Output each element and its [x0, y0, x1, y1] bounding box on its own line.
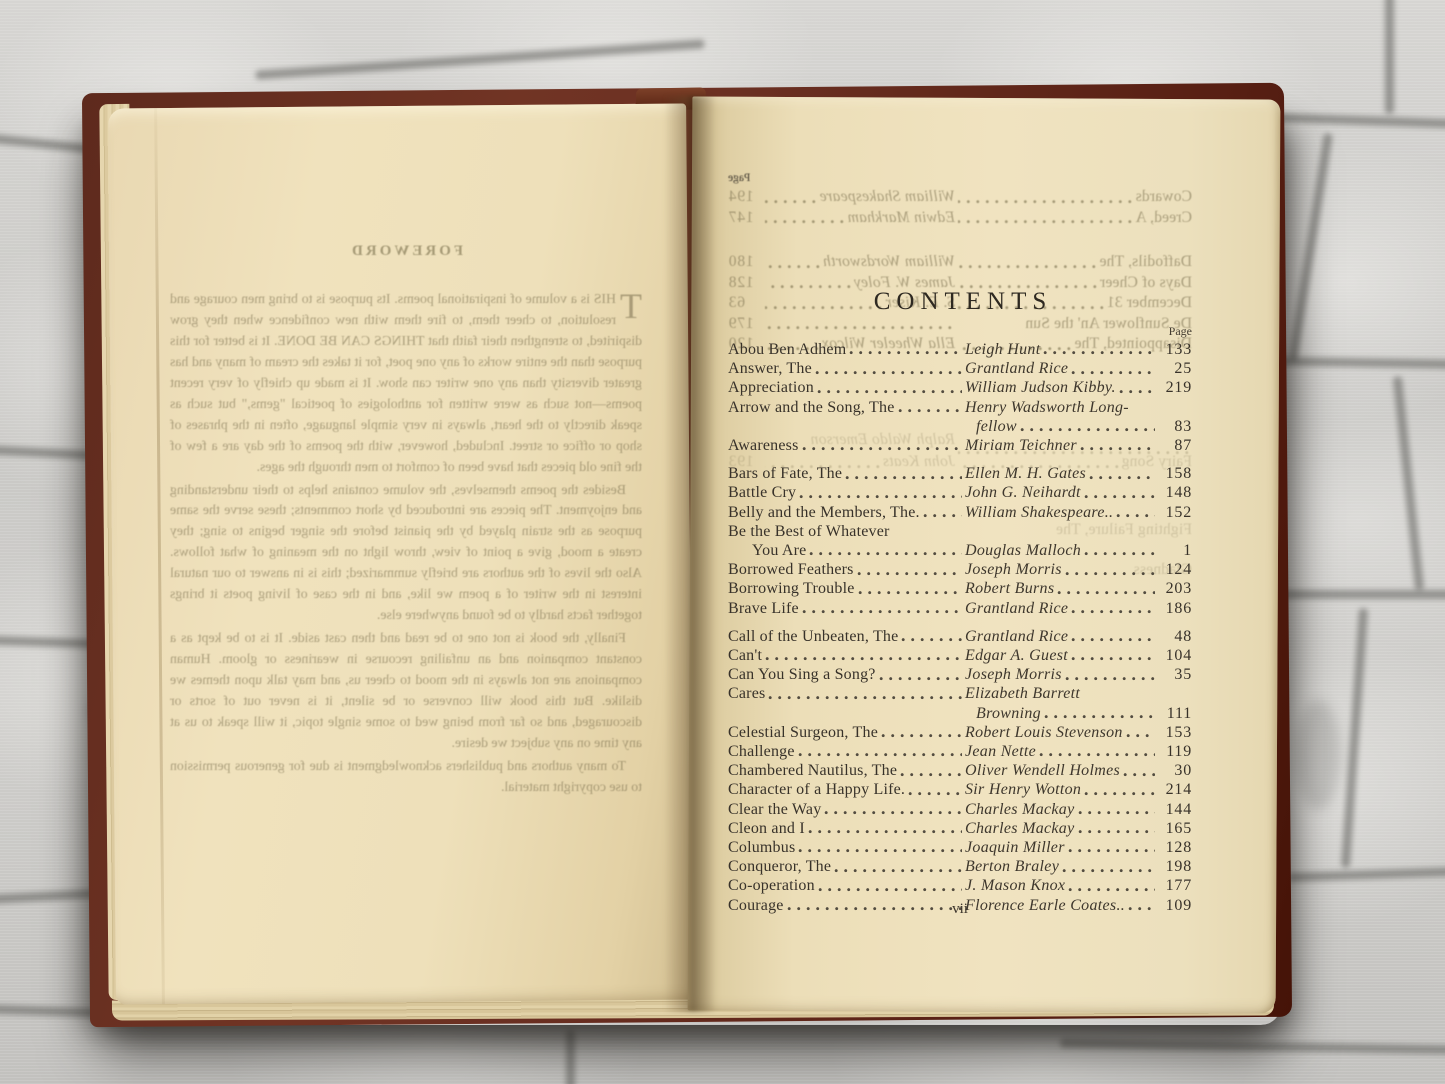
dot-leader: [1044, 707, 1155, 721]
entry-title: Cleon and I: [728, 819, 805, 838]
dot-leader: [1071, 650, 1155, 664]
dot-leader: [857, 564, 962, 578]
dot-leader: [1065, 564, 1155, 578]
entry-author: Joseph Morris: [965, 560, 1062, 579]
entry-author: William Judson Kibby.: [965, 378, 1116, 397]
entry-title: Awareness: [728, 436, 799, 455]
entry-title: Abou Ben Adhem: [728, 340, 846, 359]
entry-author: John G. Neihardt: [965, 483, 1081, 502]
dot-leader: [898, 401, 963, 415]
dot-leader: [1116, 506, 1155, 520]
toc-rows: Abou Ben AdhemLeigh Hunt133Answer, TheGr…: [728, 340, 1192, 915]
entry-page-number: 30: [1158, 761, 1192, 780]
dot-leader: [1068, 842, 1155, 856]
dot-leader: [1084, 545, 1155, 559]
toc-entry-row: Can You Sing a Song?Joseph Morris35: [728, 665, 1192, 684]
toc-entry-row: Answer, TheGrantland Rice25: [728, 359, 1192, 378]
entry-author: Henry Wadsworth Long-: [965, 398, 1129, 417]
entry-title: Clear the Way: [728, 800, 821, 819]
dot-leader: [849, 344, 962, 358]
entry-author: J. Mason Knox: [965, 876, 1065, 895]
dot-leader: [1057, 583, 1155, 597]
dot-leader: [1068, 880, 1155, 894]
entry-title: Answer, The: [728, 359, 812, 378]
entry-page-number: 148: [1158, 483, 1192, 502]
toc-entry-row: Can'tEdgar A. Guest104: [728, 646, 1192, 665]
foreword-title-ghost: FOREWORD: [170, 240, 642, 263]
dot-leader: [818, 880, 962, 894]
dot-leader: [798, 746, 962, 760]
toc-entry-row: Brave LifeGrantland Rice186: [728, 599, 1192, 618]
toc-entry-row: Clear the WayCharles Mackay144: [728, 800, 1192, 819]
dot-leader: [1062, 861, 1155, 875]
entry-author: Edgar A. Guest: [965, 646, 1068, 665]
entry-author: Charles Mackay: [965, 819, 1075, 838]
entry-author: Leigh Hunt: [965, 340, 1040, 359]
entry-author: Sir Henry Wotton: [965, 780, 1081, 799]
entry-title: You Are: [752, 541, 806, 560]
toc-entry-row: ColumbusJoaquin Miller128: [728, 838, 1192, 857]
entry-page-number: 25: [1158, 359, 1192, 378]
dot-leader: [923, 506, 962, 520]
entry-page-number: 83: [1158, 417, 1192, 436]
foreword-paragraph-ghost: THIS is a volume of inspirational poems.…: [170, 289, 642, 478]
toc-entry-row: Borrowed FeathersJoseph Morris124: [728, 560, 1192, 579]
foreword-paragraph-ghost: Finally, the book is not one to be read …: [170, 628, 642, 754]
entry-author: Grantland Rice: [965, 359, 1068, 378]
entry-page-number: 186: [1158, 599, 1192, 618]
toc-entry-row: Bars of Fate, TheEllen M. H. Gates158: [728, 464, 1192, 483]
entry-title: Borrowing Trouble: [728, 579, 855, 598]
dot-leader: [808, 823, 962, 837]
entry-page-number: 158: [1158, 464, 1192, 483]
entry-author: Douglas Malloch: [965, 541, 1081, 560]
toc-entry-row: fellow83: [728, 417, 1192, 436]
toc-entry-row: AwarenessMiriam Teichner87: [728, 436, 1192, 455]
dot-leader: [1123, 765, 1155, 779]
dot-leader: [1020, 421, 1155, 435]
entry-page-number: 119: [1158, 742, 1192, 761]
toc-entry-row: Abou Ben AdhemLeigh Hunt133: [728, 340, 1192, 359]
dot-leader: [879, 669, 962, 683]
entry-page-number: 87: [1158, 436, 1192, 455]
toc-entry-row: Character of a Happy Life.Sir Henry Wott…: [728, 780, 1192, 799]
dot-leader: [809, 545, 962, 559]
entry-author: Joseph Morris: [965, 665, 1062, 684]
dot-leader: [1119, 382, 1155, 396]
entry-author: Browning: [976, 704, 1041, 723]
dot-leader: [845, 468, 962, 482]
toc-entry-row: Call of the Unbeaten, TheGrantland Rice4…: [728, 627, 1192, 646]
entry-author: Elizabeth Barrett: [965, 684, 1080, 703]
dot-leader: [908, 784, 962, 798]
dot-leader: [768, 688, 962, 702]
entry-author: Grantland Rice: [965, 627, 1068, 646]
entry-page-number: 35: [1158, 665, 1192, 684]
page-crease: [154, 108, 165, 1004]
dot-leader: [900, 765, 962, 779]
entry-page-number: 133: [1158, 340, 1192, 359]
entry-author: Berton Braley: [965, 857, 1059, 876]
entry-author: fellow: [976, 417, 1017, 436]
photo-open-book-contents: FOREWORD THIS is a volume of inspiration…: [0, 0, 1445, 1084]
entry-page-number: 153: [1158, 723, 1192, 742]
toc-entry-row: Arrow and the Song, TheHenry Wadsworth L…: [728, 398, 1192, 417]
entry-author: Jean Nette: [965, 742, 1036, 761]
entry-title: Borrowed Feathers: [728, 560, 854, 579]
folio-page-number: vii: [728, 901, 1192, 918]
entry-title: Cares: [728, 684, 765, 703]
entry-page-number: 177: [1158, 876, 1192, 895]
entry-author: Charles Mackay: [965, 800, 1075, 819]
dot-leader: [1084, 487, 1155, 501]
page-column-label: Page: [728, 324, 1192, 339]
foreword-showthrough: FOREWORD THIS is a volume of inspiration…: [170, 240, 642, 800]
foreword-paragraph-ghost: Besides the poems themselves, the volume…: [170, 480, 642, 627]
dot-leader: [834, 861, 962, 875]
entry-title: Be the Best of Whatever: [728, 522, 890, 541]
toc-entry-row: Browning111: [728, 704, 1192, 723]
dot-leader: [815, 363, 962, 377]
wall-stain: [1295, 700, 1341, 810]
dot-leader: [1065, 669, 1155, 683]
entry-author: Miriam Teichner: [965, 436, 1077, 455]
book-gutter: [664, 96, 716, 1012]
dot-leader: [881, 727, 962, 741]
entry-page-number: 111: [1158, 704, 1192, 723]
dot-leader: [802, 440, 962, 454]
table-of-contents: CONTENTS Page Abou Ben AdhemLeigh Hunt13…: [728, 288, 1192, 915]
dot-leader: [1071, 631, 1155, 645]
toc-entry-row: Cleon and ICharles Mackay165: [728, 819, 1192, 838]
dot-leader: [1039, 746, 1155, 760]
dot-leader: [1078, 803, 1155, 817]
entry-title: Brave Life: [728, 599, 799, 618]
dot-leader: [1043, 344, 1155, 358]
mortar-line: [1385, 0, 1394, 114]
toc-entry-row: Conqueror, TheBerton Braley198: [728, 857, 1192, 876]
entry-author: Ellen M. H. Gates: [965, 464, 1086, 483]
dot-leader: [799, 487, 962, 501]
entry-title: Call of the Unbeaten, The: [728, 627, 898, 646]
entry-title: Co-operation: [728, 876, 815, 895]
entry-title: Can You Sing a Song?: [728, 665, 876, 684]
toc-entry-row: Chambered Nautilus, TheOliver Wendell Ho…: [728, 761, 1192, 780]
entry-title: Appreciation: [728, 378, 814, 397]
foreword-paragraphs-ghost: THIS is a volume of inspirational poems.…: [170, 289, 642, 798]
entry-page-number: 104: [1158, 646, 1192, 665]
entry-author: Oliver Wendell Holmes: [965, 761, 1120, 780]
entry-page-number: 203: [1158, 579, 1192, 598]
foreword-paragraph-ghost: To many authors and publishers acknowled…: [170, 756, 642, 798]
entry-page-number: 219: [1158, 378, 1192, 397]
toc-entry-row: CaresElizabeth Barrett: [728, 684, 1192, 703]
dot-leader: [1071, 602, 1155, 616]
entry-page-number: 144: [1158, 800, 1192, 819]
dot-leader: [817, 382, 962, 396]
contents-title: CONTENTS: [734, 288, 1192, 316]
entry-author: Robert Burns: [965, 579, 1054, 598]
entry-title: Challenge: [728, 742, 795, 761]
mortar-line: [566, 1030, 575, 1084]
toc-entry-row: Belly and the Members, The.William Shake…: [728, 503, 1192, 522]
toc-entry-row: AppreciationWilliam Judson Kibby.219: [728, 378, 1192, 397]
toc-entry-row: Celestial Surgeon, TheRobert Louis Steve…: [728, 723, 1192, 742]
entry-author: Joaquin Miller: [965, 838, 1065, 857]
dot-leader: [802, 602, 962, 616]
dot-leader: [1080, 440, 1155, 454]
entry-title: Arrow and the Song, The: [728, 398, 895, 417]
toc-entry-row: Be the Best of Whatever: [728, 522, 1192, 541]
entry-title: Columbus: [728, 838, 795, 857]
entry-title: Can't: [728, 646, 762, 665]
entry-author: Grantland Rice: [965, 599, 1068, 618]
entry-page-number: 165: [1158, 819, 1192, 838]
dot-leader: [901, 631, 962, 645]
entry-page-number: 214: [1158, 780, 1192, 799]
entry-title: Conqueror, The: [728, 857, 831, 876]
entry-page-number: 152: [1158, 503, 1192, 522]
entry-page-number: 198: [1158, 857, 1192, 876]
entry-title: Chambered Nautilus, The: [728, 761, 897, 780]
entry-author: Robert Louis Stevenson: [965, 723, 1123, 742]
dot-leader: [824, 803, 962, 817]
toc-entry-row: ChallengeJean Nette119: [728, 742, 1192, 761]
entry-title: Battle Cry: [728, 483, 796, 502]
entry-page-number: 48: [1158, 627, 1192, 646]
entry-title: Belly and the Members, The.: [728, 503, 920, 522]
entry-page-number: 128: [1158, 838, 1192, 857]
toc-entry-row: You AreDouglas Malloch1: [728, 541, 1192, 560]
entry-title: Bars of Fate, The: [728, 464, 842, 483]
dot-leader: [1071, 363, 1155, 377]
entry-author: William Shakespeare..: [965, 503, 1113, 522]
entry-page-number: 1: [1158, 541, 1192, 560]
dot-leader: [798, 842, 962, 856]
dot-leader: [1126, 727, 1155, 741]
dot-leader: [1078, 823, 1155, 837]
toc-entry-row: Battle CryJohn G. Neihardt148: [728, 483, 1192, 502]
entry-title: Character of a Happy Life.: [728, 780, 905, 799]
dot-leader: [858, 583, 962, 597]
entry-title: Celestial Surgeon, The: [728, 723, 878, 742]
toc-entry-row: Borrowing TroubleRobert Burns203: [728, 579, 1192, 598]
entry-page-number: 124: [1158, 560, 1192, 579]
toc-entry-row: Co-operationJ. Mason Knox177: [728, 876, 1192, 895]
dot-leader: [1084, 784, 1155, 798]
dot-leader: [765, 650, 962, 664]
dot-leader: [1089, 468, 1155, 482]
